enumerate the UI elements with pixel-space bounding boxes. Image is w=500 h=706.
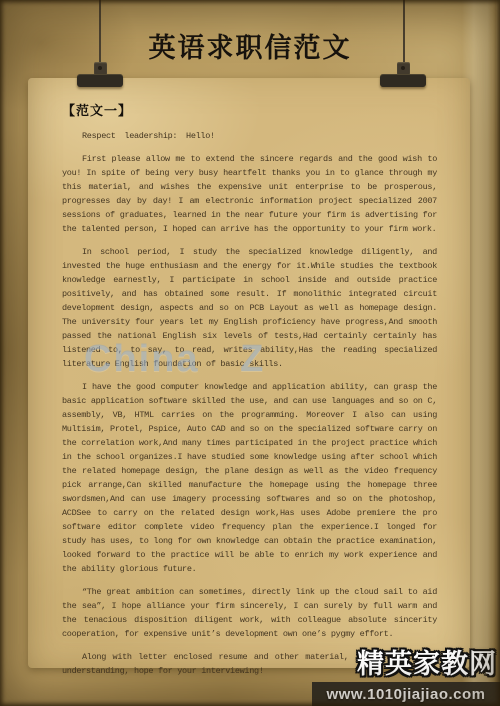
site-name-watermark: 精英家教网 [357, 642, 497, 681]
page-title: 英语求职信范文 [0, 26, 500, 65]
paragraph-3: I have the good computer knowledge and a… [62, 380, 437, 576]
watermark-china: China Z [84, 338, 265, 381]
site-url-bar: www.1010jiajiao.com [312, 682, 500, 706]
paragraph-4: “The great ambition can sometimes, direc… [62, 585, 437, 641]
section-label: 【范文一】 [62, 100, 437, 119]
hanging-string-left-icon [99, 0, 101, 63]
site-url-text: www.1010jiajiao.com [326, 686, 485, 703]
clip-bar-icon [77, 74, 123, 87]
clip-bar-icon [380, 74, 426, 87]
paragraph-1: First please allow me to extend the sinc… [62, 152, 437, 236]
salutation: Respect leadership: Hello! [62, 129, 437, 143]
hanging-string-right-icon [403, 0, 405, 63]
letter-body: Respect leadership: Hello! First please … [62, 129, 437, 678]
page-background: 英语求职信范文 【范文一】 Respect leadership: Hello!… [0, 0, 500, 706]
